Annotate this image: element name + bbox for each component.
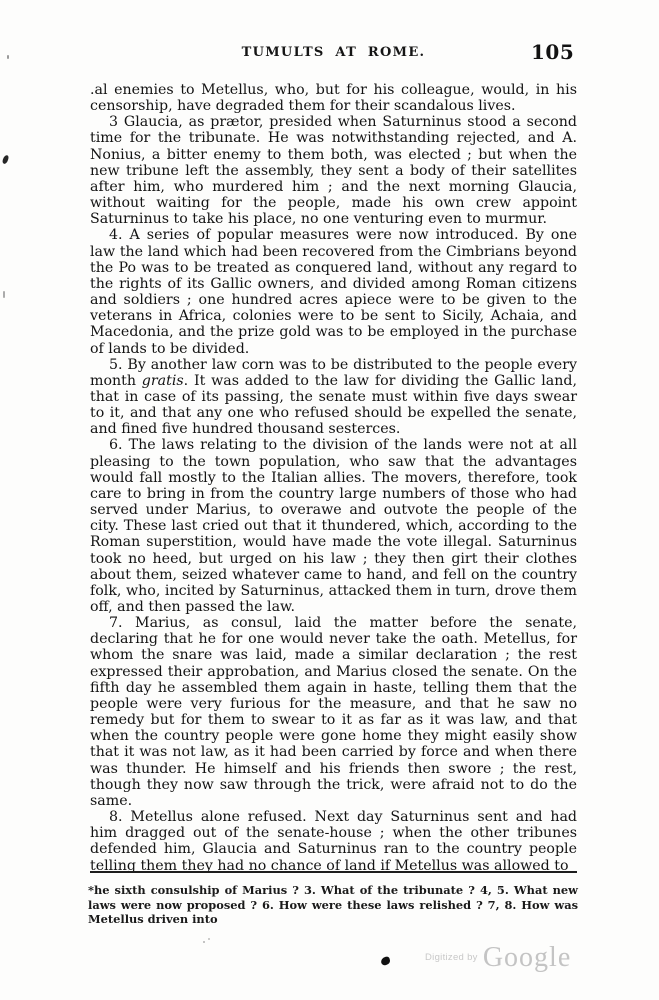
paragraph-text: .al enemies to Metellus, who, but for hi… (90, 82, 577, 114)
paragraph: 7. Marius, as consul, laid the matter be… (90, 615, 577, 809)
paragraph-text: 7. Marius, as consul, laid the matter be… (90, 615, 577, 809)
paragraph: 5. By another law corn was to be distrib… (90, 357, 577, 438)
scan-speck-left-margin (2, 154, 10, 164)
paragraph-text: 8. Metellus alone refused. Next day Satu… (90, 809, 577, 873)
paragraph: 6. The laws relating to the division of … (90, 437, 577, 615)
scan-speck-bottom-dots (203, 941, 205, 943)
page-number: 105 (531, 40, 574, 64)
paragraph: 8. Metellus alone refused. Next day Satu… (90, 809, 577, 874)
italic-text: gratis (142, 373, 184, 389)
ink-blot (380, 956, 391, 966)
scan-speck-top-left (7, 55, 9, 59)
paragraph-text: 4. A series of popular measures were now… (90, 227, 577, 356)
paragraph-text: 6. The laws relating to the division of … (90, 437, 577, 615)
scan-speck-left-mid (3, 291, 5, 298)
paragraph: 4. A series of popular measures were now… (90, 227, 577, 356)
google-logo: Google (483, 942, 571, 973)
watermark-prefix-text: Digitized by (425, 952, 478, 963)
footnote-divider-rule (90, 871, 577, 873)
paragraph: .al enemies to Metellus, who, but for hi… (90, 82, 577, 114)
paragraph-text: 3 Glaucia, as prætor, presided when Satu… (90, 114, 577, 227)
paragraph: 3 Glaucia, as prætor, presided when Satu… (90, 114, 577, 227)
running-header-title: TUMULTS AT ROME. (90, 45, 577, 60)
digitized-watermark: Digitized by Google (425, 942, 571, 974)
book-page: TUMULTS AT ROME. 105 .al enemies to Mete… (0, 0, 659, 1000)
footnote-questions: *he sixth consulship of Marius ? 3. What… (88, 883, 578, 927)
body-text-column: .al enemies to Metellus, who, but for hi… (90, 82, 577, 874)
